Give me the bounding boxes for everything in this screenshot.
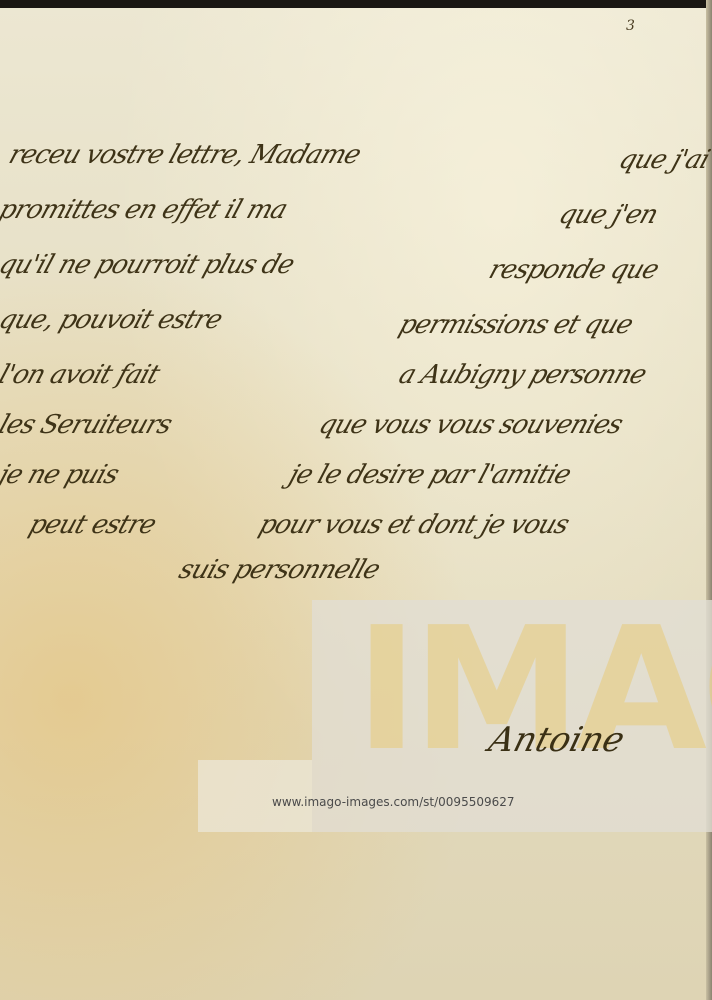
handwritten-line: a Aubigny personne (395, 360, 650, 390)
manuscript-page: 3 receu vostre lettre, Madamepromittes e… (0, 0, 712, 1000)
handwritten-line: suis personnelle (175, 555, 383, 585)
watermark-url: www.imago-images.com/st/0095509627 (272, 795, 515, 809)
handwritten-line: pour vous et dont je vous (255, 510, 572, 540)
signature: Antoine (485, 720, 629, 760)
handwritten-line: je le desire par l'amitie (285, 460, 574, 490)
handwritten-line: que j'en (555, 200, 661, 230)
handwritten-line: promittes en effet il ma (0, 195, 291, 225)
scan-top-border (0, 0, 712, 8)
handwritten-line: je ne puis (0, 460, 122, 490)
handwritten-line: les Seruiteurs (0, 410, 175, 440)
page-number: 3 (626, 18, 635, 34)
handwritten-line: qu'il ne pourroit plus de (0, 250, 298, 280)
handwritten-line: que j'ai (615, 145, 712, 175)
handwritten-line: l'on avoit fait (0, 360, 163, 390)
handwritten-line: peut estre (25, 510, 159, 540)
handwritten-line: que, pouvoit estre (0, 305, 226, 335)
handwritten-line: responde que (485, 255, 662, 285)
handwritten-line: que vous vous souvenies (315, 410, 626, 440)
handwritten-line: receu vostre lettre, Madame (5, 140, 364, 170)
handwritten-line: permissions et que (395, 310, 636, 340)
